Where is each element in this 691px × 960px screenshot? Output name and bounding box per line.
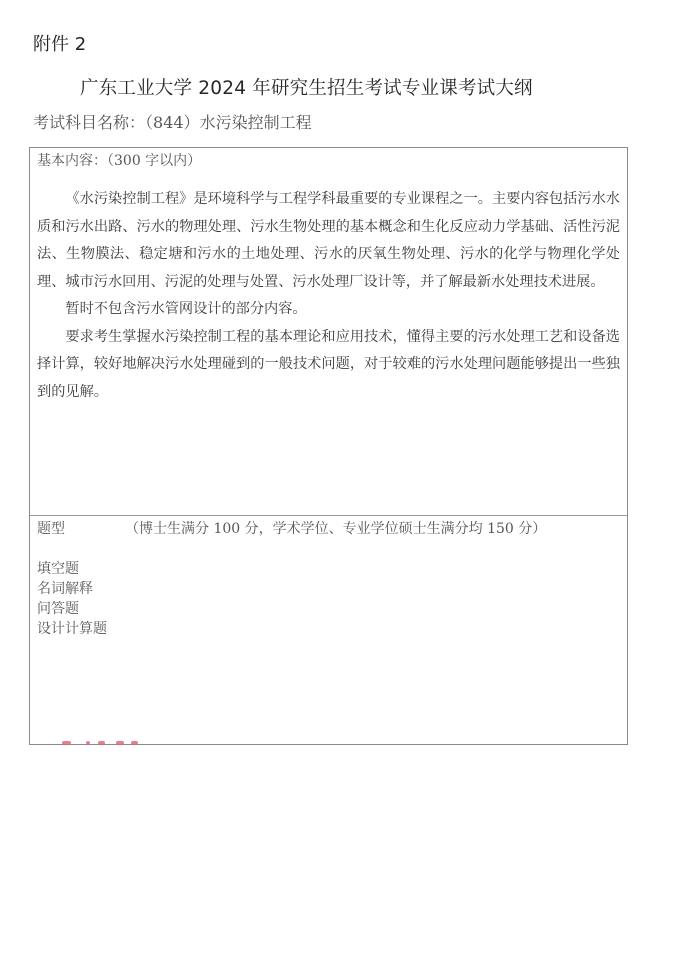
subject-label: 考试科目名称： (33, 113, 145, 132)
section-divider (30, 515, 627, 516)
basic-content-header: 基本内容：（300 字以内） (37, 150, 201, 170)
question-type-label: 题型 (37, 518, 125, 538)
question-type-item: 填空题 (37, 559, 107, 579)
basic-content-body: 《水污染控制工程》是环境科学与工程学科最重要的专业课程之一。主要内容包括污水水质… (37, 186, 620, 406)
content-paragraph: 暂时不包含污水管网设计的部分内容。 (37, 296, 620, 324)
document-title: 广东工业大学 2024 年研究生招生考试专业课考试大纲 (80, 74, 533, 100)
stamp-marks (62, 741, 137, 747)
subject-line: 考试科目名称：（844）水污染控制工程 (33, 110, 312, 133)
question-type-header: 题型（博士生满分 100 分，学术学位、专业学位硕士生满分均 150 分） (37, 518, 546, 538)
question-type-item: 名词解释 (37, 579, 107, 599)
subject-code: （844） (145, 113, 200, 132)
attachment-label: 附件 2 (33, 30, 86, 56)
content-paragraph: 《水污染控制工程》是环境科学与工程学科最重要的专业课程之一。主要内容包括污水水质… (37, 186, 620, 296)
subject-name: 水污染控制工程 (200, 113, 312, 132)
outline-box: 基本内容：（300 字以内） 《水污染控制工程》是环境科学与工程学科最重要的专业… (29, 147, 628, 745)
question-type-list: 填空题 名词解释 问答题 设计计算题 (37, 559, 107, 639)
score-note: （博士生满分 100 分，学术学位、专业学位硕士生满分均 150 分） (125, 521, 546, 537)
question-type-item: 问答题 (37, 599, 107, 619)
content-paragraph: 要求考生掌握水污染控制工程的基本理论和应用技术，懂得主要的污水处理工艺和设备选择… (37, 324, 620, 407)
question-type-item: 设计计算题 (37, 619, 107, 639)
